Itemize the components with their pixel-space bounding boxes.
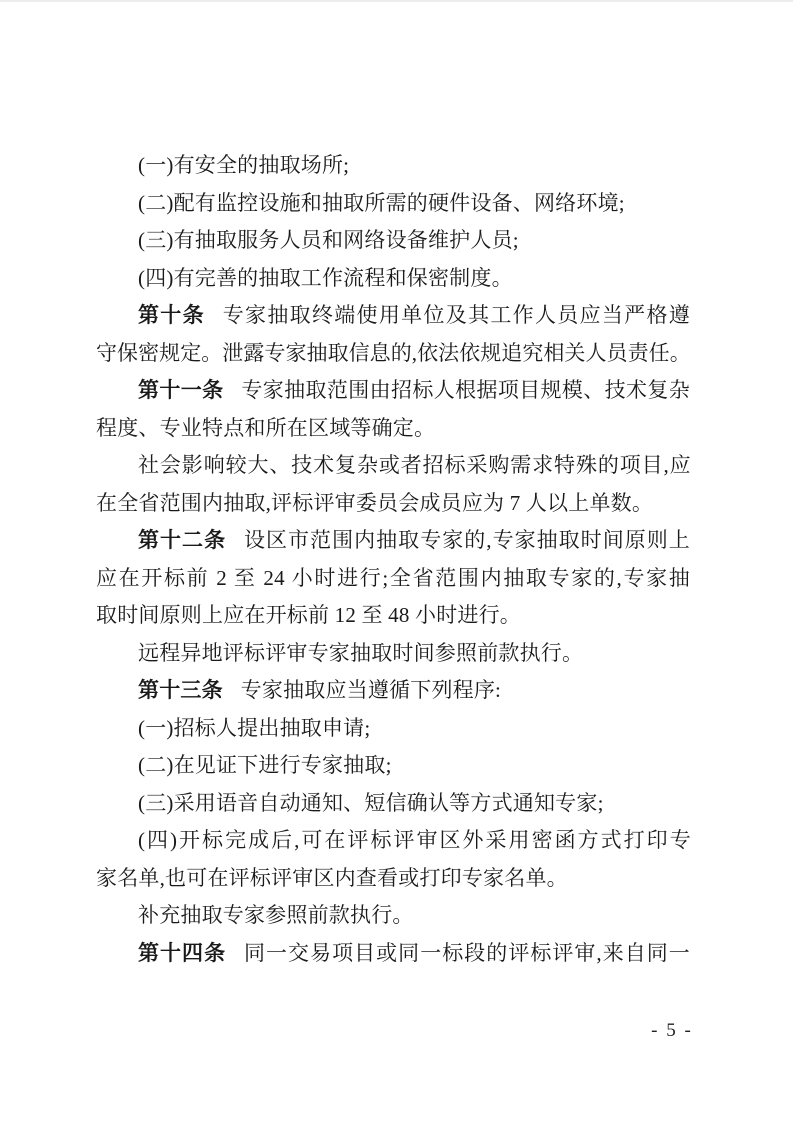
text-line: 补充抽取专家参照前款执行。 [96, 897, 690, 935]
text-line: (二)配有监控设施和抽取所需的硬件设备、网络环境; [96, 185, 690, 223]
article-number: 第十二条 [138, 529, 226, 552]
article-number: 第十条 [138, 304, 205, 327]
article-number: 第十一条 [138, 379, 224, 402]
text-line: 第十四条同一交易项目或同一标段的评标评审,来自同一 [96, 935, 690, 973]
text-line: 第十三条专家抽取应当遵循下列程序: [96, 672, 690, 710]
text-line: (三)有抽取服务人员和网络设备维护人员; [96, 222, 690, 260]
text-line: 家名单,也可在评标评审区内查看或打印专家名单。 [96, 860, 690, 898]
line-text: 专家抽取范围由招标人根据项目规模、技术复杂 [241, 378, 690, 402]
line-text: 专家抽取应当遵循下列程序: [241, 678, 501, 702]
text-line: 第十一条专家抽取范围由招标人根据项目规模、技术复杂 [96, 372, 690, 410]
article-number: 第十四条 [138, 942, 226, 965]
article-number: 第十三条 [138, 679, 223, 702]
text-line: (四)开标完成后,可在评标评审区外采用密函方式打印专 [96, 822, 690, 860]
line-text: 专家抽取终端使用单位及其工作人员应当严格遵 [223, 303, 690, 327]
text-line: (一)招标人提出抽取申请; [96, 710, 690, 748]
document-body: (一)有安全的抽取场所; (二)配有监控设施和抽取所需的硬件设备、网络环境; (… [96, 147, 690, 972]
page-number: - 5 - [636, 1020, 708, 1042]
text-line: 第十二条设区市范围内抽取专家的,专家抽取时间原则上 [96, 522, 690, 560]
line-text: 设区市范围内抽取专家的,专家抽取时间原则上 [244, 528, 690, 552]
text-line: 第十条专家抽取终端使用单位及其工作人员应当严格遵 [96, 297, 690, 335]
text-line: (二)在见证下进行专家抽取; [96, 747, 690, 785]
text-line: 程度、专业特点和所在区域等确定。 [96, 410, 690, 448]
text-line: (一)有安全的抽取场所; [96, 147, 690, 185]
line-text: 同一交易项目或同一标段的评标评审,来自同一 [244, 941, 690, 965]
text-line: 社会影响较大、技术复杂或者招标采购需求特殊的项目,应 [96, 447, 690, 485]
text-line: 取时间原则上应在开标前 12 至 48 小时进行。 [96, 597, 690, 635]
text-line: 守保密规定。泄露专家抽取信息的,依法依规追究相关人员责任。 [96, 335, 690, 373]
text-line: (四)有完善的抽取工作流程和保密制度。 [96, 260, 690, 298]
text-line: 在全省范围内抽取,评标评审委员会成员应为 7 人以上单数。 [96, 485, 690, 523]
document-page: (一)有安全的抽取场所; (二)配有监控设施和抽取所需的硬件设备、网络环境; (… [0, 0, 793, 1122]
text-line: 应在开标前 2 至 24 小时进行;全省范围内抽取专家的,专家抽 [96, 560, 690, 598]
text-line: 远程异地评标评审专家抽取时间参照前款执行。 [96, 635, 690, 673]
text-line: (三)采用语音自动通知、短信确认等方式通知专家; [96, 785, 690, 823]
